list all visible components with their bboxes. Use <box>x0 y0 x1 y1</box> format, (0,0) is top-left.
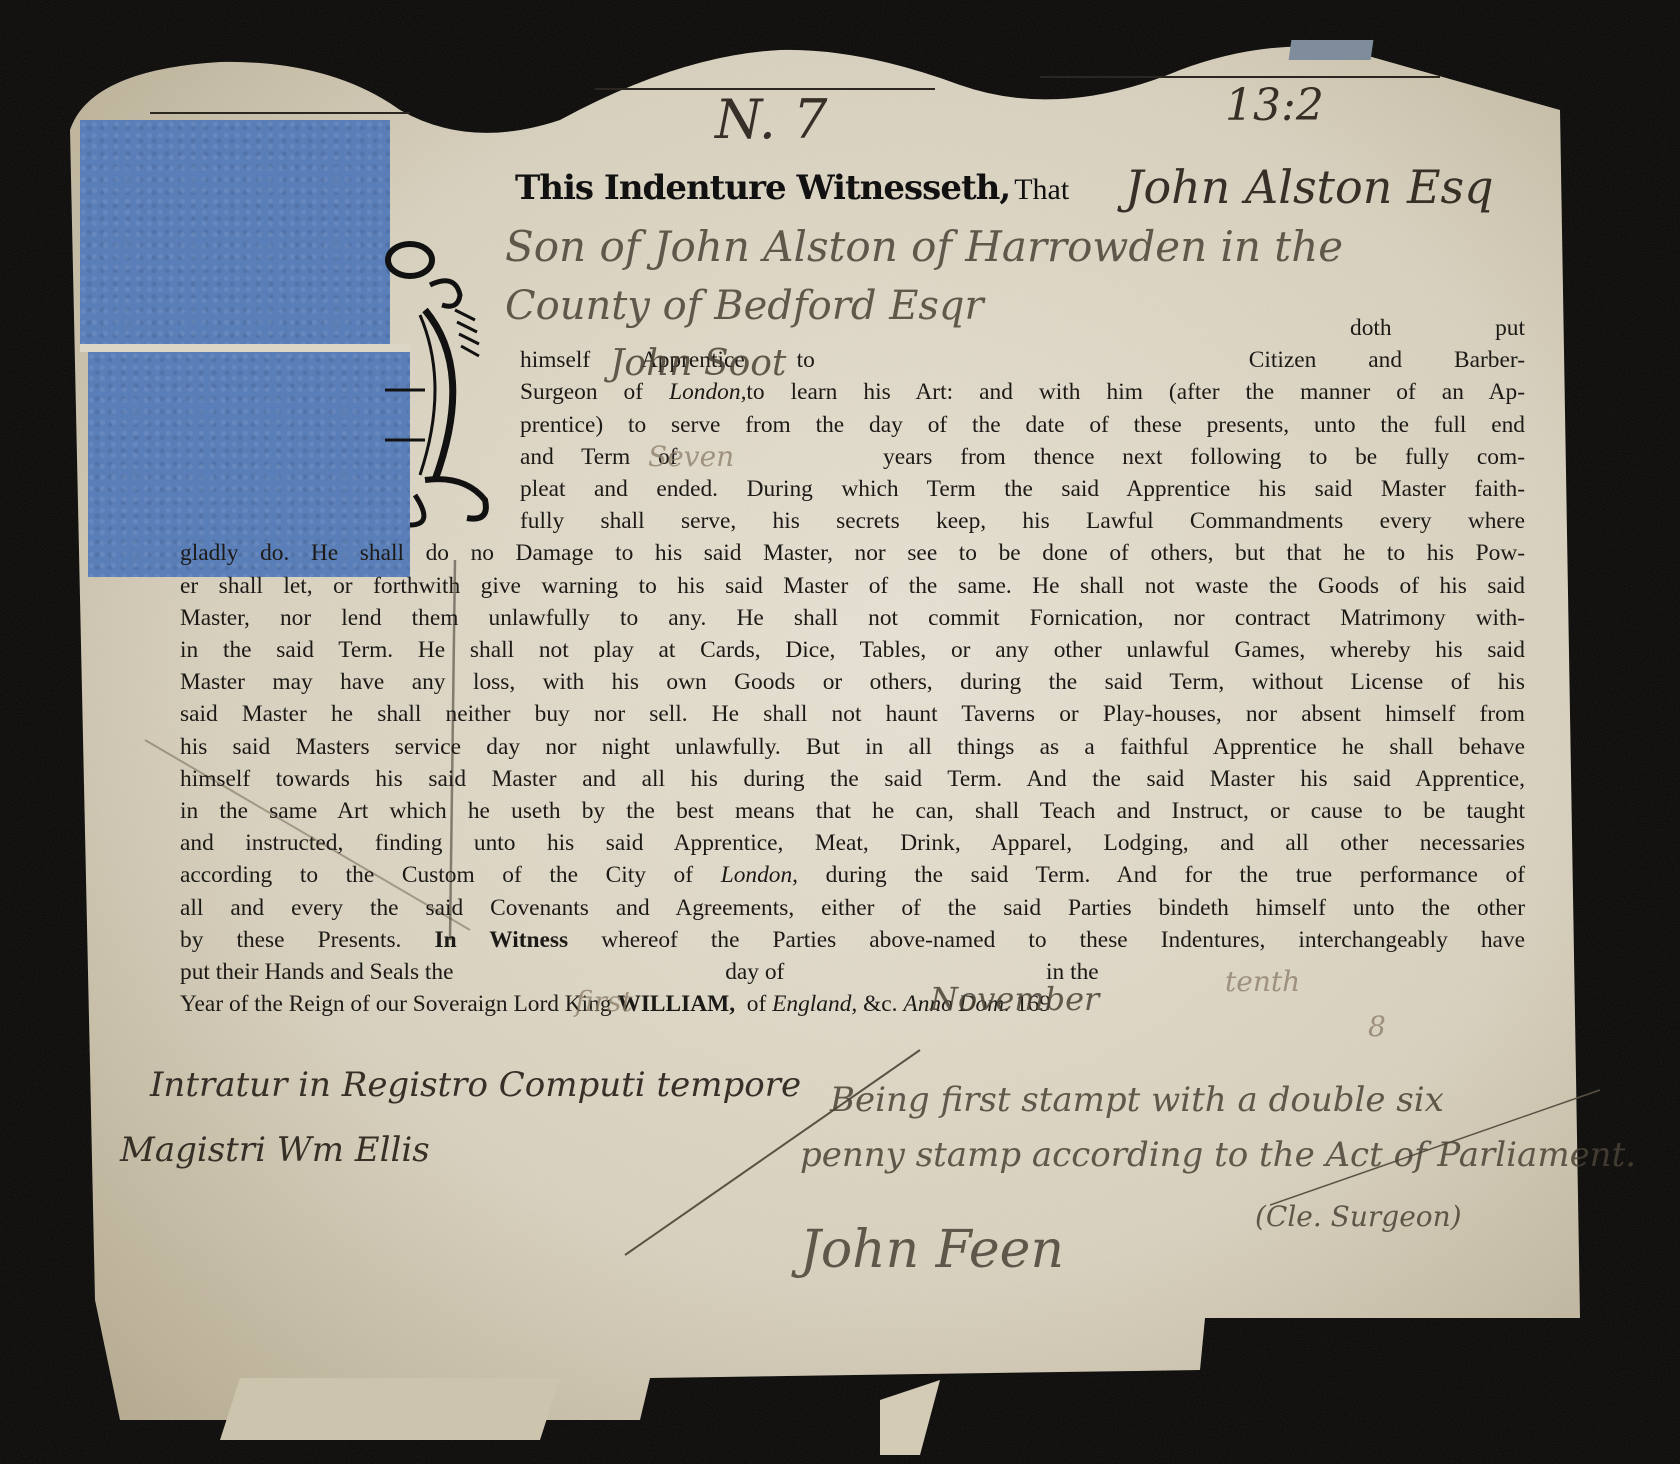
indenture-body: doth put himself Apprentice to Citizen a… <box>180 312 1525 1020</box>
indenture-heading: This Indenture Witnesseth, That <box>515 168 1069 208</box>
body-line-13: said Master he shall neither buy nor sel… <box>180 698 1525 730</box>
body-line-21: put their Hands and Seals the day of in … <box>180 956 1525 988</box>
number-mark: N. 7 <box>715 88 827 151</box>
attached-paper-tab <box>1289 40 1374 60</box>
folio-number: 13:2 <box>1225 80 1324 131</box>
term-years-entry: Seven <box>648 440 734 473</box>
stamp-note-1: Being first stampt with a double six <box>830 1080 1444 1120</box>
body-line-1: doth put <box>180 312 1525 344</box>
body-line-11: in the said Term. He shall not play at C… <box>180 634 1525 666</box>
body-line-17: and instructed, finding unto his said Ap… <box>180 827 1525 859</box>
body-line-4: prentice) to serve from the day of the d… <box>180 409 1525 441</box>
apprentice-name: John Alston Esq <box>1125 160 1494 214</box>
latin-registry-note-1: Intratur in Registro Computi tempore <box>150 1065 801 1105</box>
heading-blackletter: This Indenture Witnesseth, <box>515 168 1010 208</box>
body-line-20: by these Presents. In Witness whereof th… <box>180 924 1525 956</box>
body-line-16: in the same Art which he useth by the be… <box>180 795 1525 827</box>
body-line-18: according to the Custom of the City of L… <box>180 859 1525 891</box>
year-suffix-entry: 8 <box>1368 1010 1386 1043</box>
latin-registry-note-2: Magistri Wm Ellis <box>120 1130 430 1170</box>
body-line-19: all and every the said Covenants and Agr… <box>180 892 1525 924</box>
body-line-2: himself Apprentice to Citizen and Barber… <box>180 344 1525 376</box>
body-line-22: Year of the Reign of our Soveraign Lord … <box>180 988 1525 1020</box>
body-line-14: his said Masters service day nor night u… <box>180 731 1525 763</box>
body-line-9: er shall let, or forthwith give warning … <box>180 570 1525 602</box>
body-line-15: himself towards his said Master and all … <box>180 763 1525 795</box>
day-entry: first <box>575 985 633 1018</box>
body-line-7: fully shall serve, his secrets keep, his… <box>180 505 1525 537</box>
stamp-note-2: penny stamp according to the Act of Parl… <box>800 1135 1636 1175</box>
signature-note: (Cle. Surgeon) <box>1255 1200 1462 1233</box>
top-rule-right <box>1040 76 1440 78</box>
parchment-document: N. 7 13:2 This Indenture Witnesseth, Tha… <box>0 0 1680 1464</box>
body-line-3: Surgeon of London,to learn his Art: and … <box>180 376 1525 408</box>
parentage-entry: Son of John Alston of Harrowden in the <box>505 222 1343 271</box>
body-line-12: Master may have any loss, with his own G… <box>180 666 1525 698</box>
body-line-5: and Term of years from thence next follo… <box>180 441 1525 473</box>
body-line-8: gladly do. He shall do no Damage to his … <box>180 537 1525 569</box>
body-line-10: Master, nor lend them unlawfully to any.… <box>180 602 1525 634</box>
clerk-signature: John Feen <box>800 1220 1064 1280</box>
heading-that: That <box>1014 173 1069 206</box>
body-line-6: pleat and ended. During which Term the s… <box>180 473 1525 505</box>
top-rule-left <box>150 112 410 114</box>
regnal-year-entry: tenth <box>1225 965 1300 998</box>
month-entry: November <box>930 980 1099 1018</box>
master-name-entry: John Soot <box>610 343 786 384</box>
